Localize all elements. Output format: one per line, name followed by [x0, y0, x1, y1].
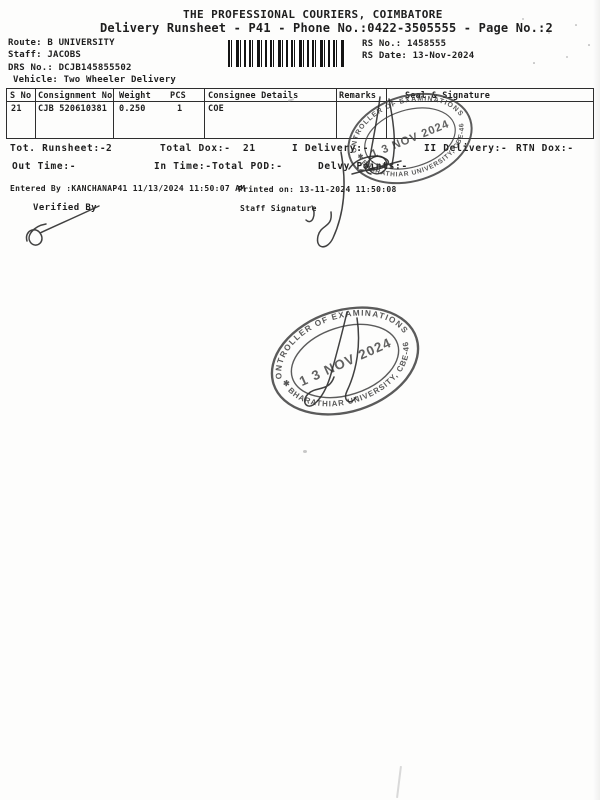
consignment-table: S No Consignment No Weight PCS Consignee…: [6, 88, 594, 139]
runsheet-subtitle: Delivery Runsheet - P41 - Phone No.:0422…: [100, 21, 553, 35]
barcode: [228, 40, 345, 67]
table-header-divider: [7, 101, 593, 102]
vehicle-line: Vehicle: Two Wheeler Delivery: [13, 75, 176, 85]
stamp-date: 1 3 NOV 2024: [369, 118, 451, 160]
scan-artifact: [548, 32, 550, 34]
header-remarks: Remarks: [339, 91, 376, 101]
scan-edge-shade: [593, 0, 600, 800]
tot-runsheet-label: Tot. Runsheet:-: [10, 143, 106, 154]
in-time-label: In Time:-: [154, 161, 212, 172]
scan-artifact: [588, 44, 590, 46]
row-s-no: 21: [11, 104, 22, 114]
rs-date-line: RS Date: 13-Nov-2024: [362, 51, 474, 61]
company-title: THE PROFESSIONAL COURIERS, COIMBATORE: [183, 8, 443, 21]
rtn-dox-label: RTN Dox:-: [516, 143, 574, 154]
scan-artifact: [575, 24, 577, 26]
total-pod-label: Total POD:-: [212, 161, 283, 172]
row-pcs: 1: [177, 104, 182, 114]
column-divider: [204, 89, 205, 138]
out-time-label: Out Time:-: [12, 161, 76, 172]
university-stamp-middle: CONTROLLER OF EXAMINATIONS ✱ ✱ BHARATHIA…: [253, 283, 438, 438]
row-consignee: COE: [208, 104, 224, 114]
header-consignment: Consignment No: [38, 91, 112, 101]
staff-signature-label: Staff Signature: [240, 204, 317, 213]
drs-no-line: DRS No.: DCJB145855502: [8, 63, 132, 73]
row-consignment: CJB 520610381: [38, 104, 107, 114]
staff-line: Staff: JACOBS: [8, 50, 81, 60]
header-consignee: Consignee Details: [208, 91, 298, 101]
total-dox-value: 21: [243, 143, 256, 154]
header-s-no: S No: [10, 91, 31, 101]
tot-runsheet-value: 2: [106, 143, 112, 154]
route-line: Route: B UNIVERSITY: [8, 38, 115, 48]
header-weight: Weight: [119, 91, 151, 101]
verified-by-label: Verified By: [33, 203, 97, 213]
column-divider: [113, 89, 114, 138]
scan-artifact: [396, 766, 402, 798]
scan-artifact: [522, 18, 524, 20]
total-dox-label: Total Dox:-: [160, 143, 231, 154]
scan-artifact: [533, 62, 535, 64]
scan-artifact: [303, 450, 307, 453]
rs-no-line: RS No.: 1458555: [362, 39, 446, 49]
entered-by-line: Entered By :KANCHANAP41 11/13/2024 11:50…: [10, 184, 245, 193]
row-weight: 0.250: [119, 104, 146, 114]
scan-artifact: [566, 56, 568, 58]
header-pcs: PCS: [170, 91, 186, 101]
column-divider: [35, 89, 36, 138]
runsheet-document: THE PROFESSIONAL COURIERS, COIMBATORE De…: [0, 0, 600, 800]
